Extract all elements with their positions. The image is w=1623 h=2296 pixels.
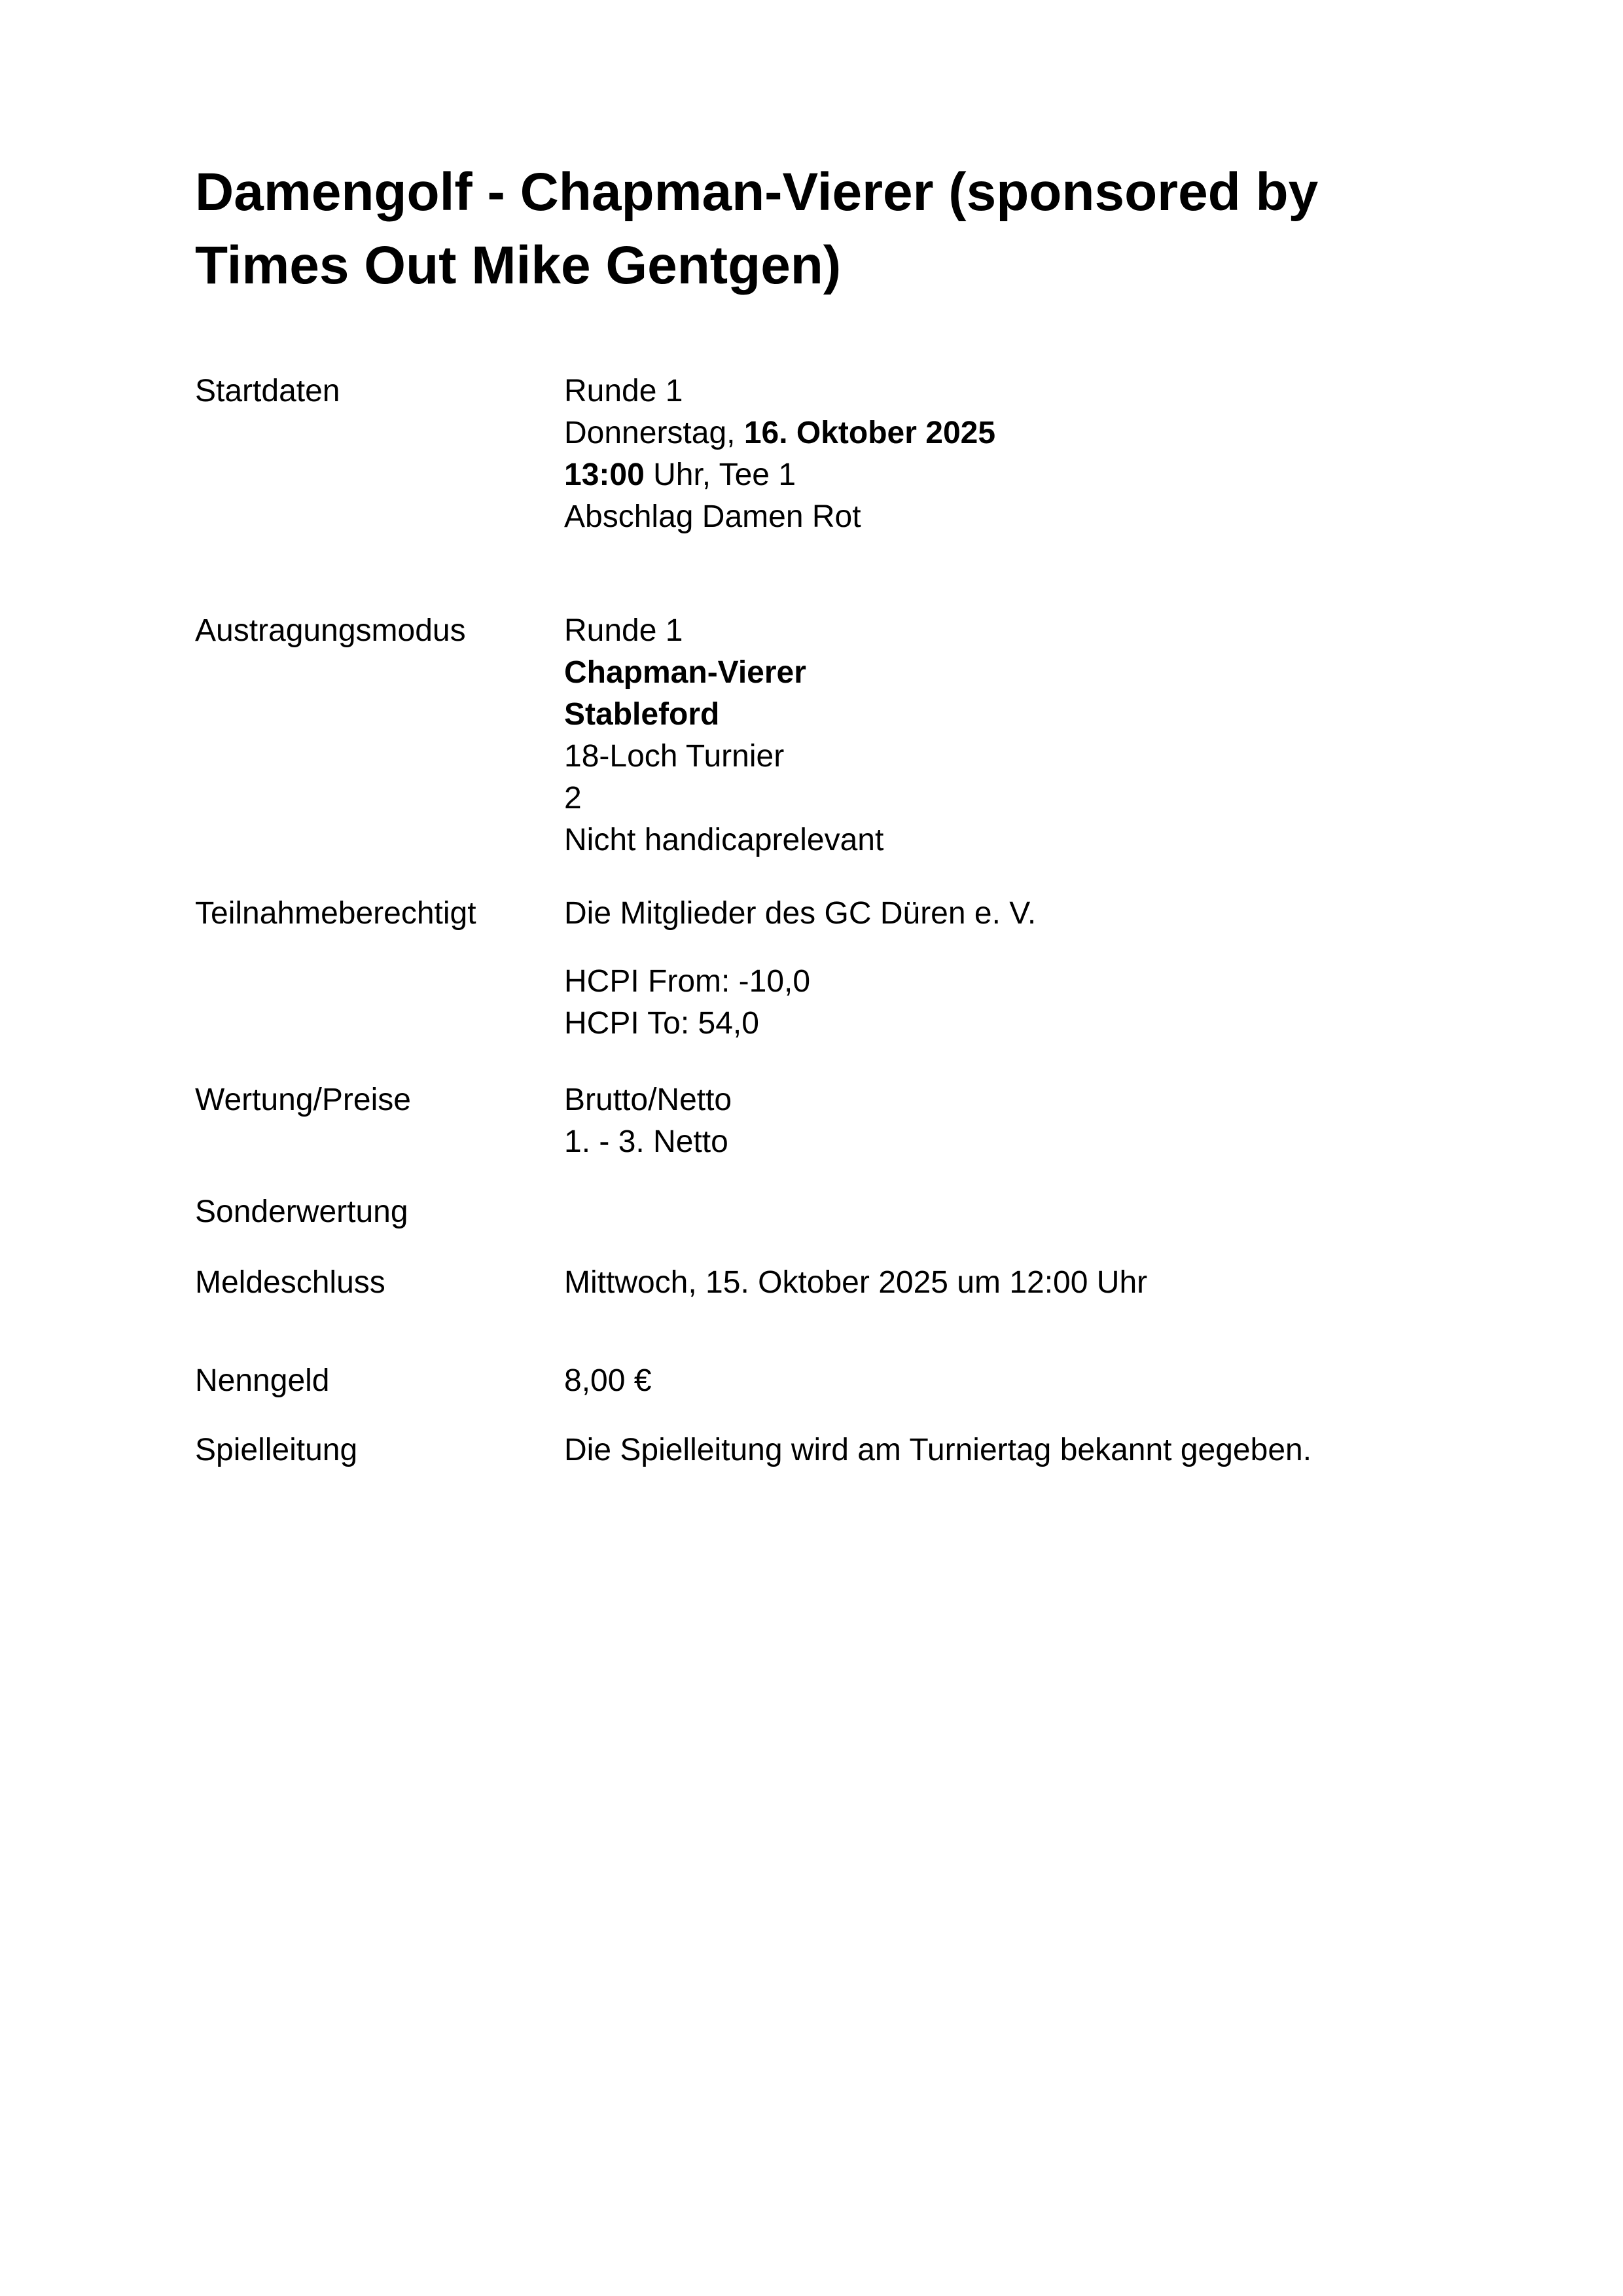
value-nenngeld: 8,00 € [564,1360,1546,1402]
value-startdaten: Runde 1 Donnerstag, 16. Oktober 2025 13:… [564,370,1546,538]
start-date: Donnerstag, 16. Oktober 2025 [564,412,1546,454]
value-spielleitung: Die Spielleitung wird am Turniertag beka… [564,1429,1546,1471]
modus-holes: 18-Loch Turnier [564,736,1546,778]
modus-handicap: Nicht handicaprelevant [564,819,1546,861]
start-tee: Uhr, Tee 1 [645,457,796,492]
label-nenngeld: Nenngeld [195,1360,330,1402]
value-meldeschluss: Mittwoch, 15. Oktober 2025 um 12:00 Uhr [564,1262,1546,1304]
start-time: 13:00 Uhr, Tee 1 [564,454,1546,496]
page-title: Damengolf - Chapman-Vierer (sponsored by… [195,156,1438,302]
wertung-prizes: 1. - 3. Netto [564,1121,1546,1163]
teilnahme-members: Die Mitglieder des GC Düren e. V. [564,893,1546,935]
start-date-bold: 16. Oktober 2025 [744,416,995,450]
value-austragungsmodus: Runde 1 Chapman-Vierer Stableford 18-Loc… [564,610,1546,861]
hcpi-from: HCPI From: -10,0 [564,961,1546,1003]
abschlag: Abschlag Damen Rot [564,496,1546,538]
modus-count: 2 [564,778,1546,819]
modus-format: Chapman-Vierer [564,655,806,690]
label-teilnahme: Teilnahmeberechtigt [195,893,476,935]
modus-scoring: Stableford [564,697,719,732]
label-wertung: Wertung/Preise [195,1079,411,1121]
start-time-bold: 13:00 [564,457,645,492]
start-day: Donnerstag, [564,416,744,450]
runde: Runde 1 [564,370,1546,412]
hcpi-to: HCPI To: 54,0 [564,1003,1546,1045]
label-startdaten: Startdaten [195,370,340,412]
wertung-type: Brutto/Netto [564,1079,1546,1121]
value-teilnahme: Die Mitglieder des GC Düren e. V. HCPI F… [564,893,1546,1045]
label-sonderwertung: Sonderwertung [195,1191,408,1233]
modus-runde: Runde 1 [564,610,1546,652]
value-wertung: Brutto/Netto 1. - 3. Netto [564,1079,1546,1163]
label-spielleitung: Spielleitung [195,1429,357,1471]
label-meldeschluss: Meldeschluss [195,1262,385,1304]
label-austragungsmodus: Austragungsmodus [195,610,466,652]
